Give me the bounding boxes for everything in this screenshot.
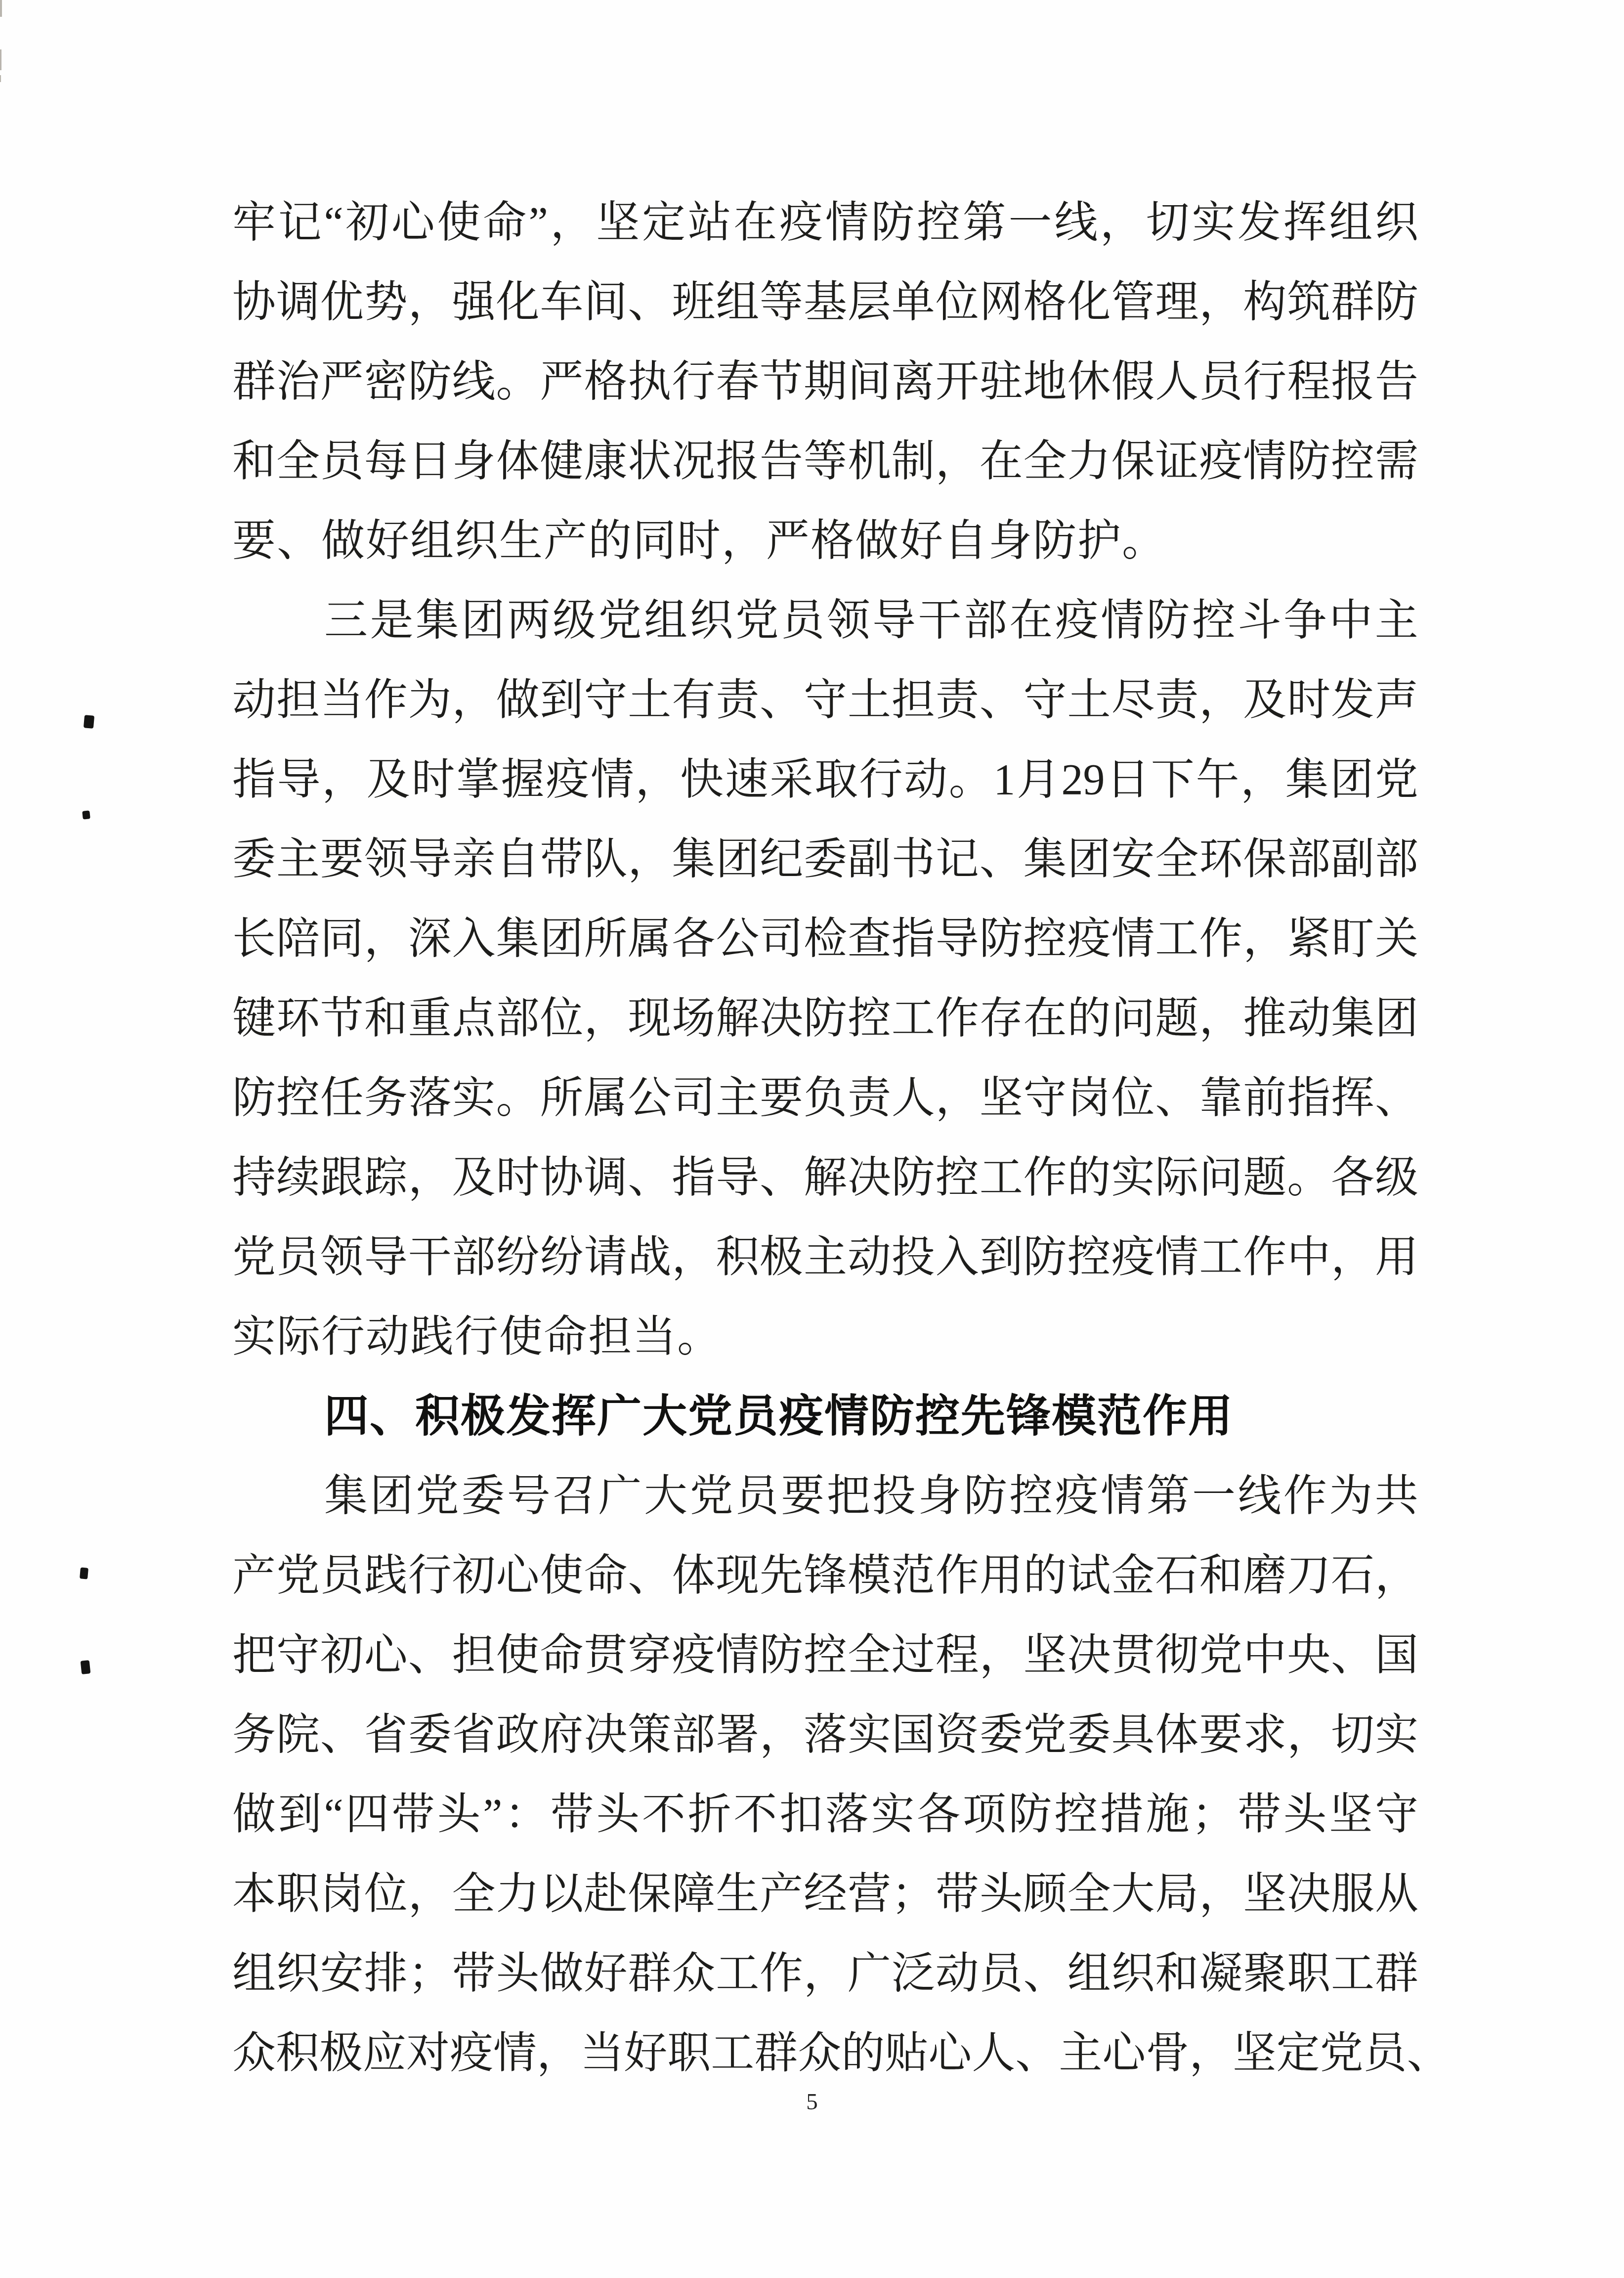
- text-line: 做到“四带头”：带头不折不扣落实各项防控措施；带头坚守: [232, 1775, 1418, 1854]
- text-line: 键环节和重点部位，现场解决防控工作存在的问题，推动集团: [232, 979, 1418, 1058]
- text-line: 众积极应对疫情，当好职工群众的贴心人、主心骨，坚定党员、: [232, 2014, 1418, 2093]
- text-line: 实际行动践行使命担当。: [232, 1297, 1418, 1377]
- ink-speck: [81, 1660, 91, 1674]
- ink-speck: [84, 715, 94, 729]
- text-line: 党员领导干部纷纷请战，积极主动投入到防控疫情工作中，用: [232, 1218, 1418, 1297]
- section-heading: 四、积极发挥广大党员疫情防控先锋模范作用: [232, 1377, 1418, 1456]
- text-line: 三是集团两级党组织党员领导干部在疫情防控斗争中主: [232, 581, 1418, 660]
- text-line: 指导，及时掌握疫情，快速采取行动。1月29日下午，集团党: [232, 740, 1418, 820]
- scan-edge-artifact: [0, 49, 1, 70]
- text-line: 协调优势，强化车间、班组等基层单位网格化管理，构筑群防: [232, 263, 1418, 342]
- text-line: 把守初心、担使命贯穿疫情防控全过程，坚决贯彻党中央、国: [232, 1616, 1418, 1695]
- text-line: 动担当作为，做到守土有责、守土担责、守土尽责，及时发声: [232, 660, 1418, 740]
- text-line: 产党员践行初心使命、体现先锋模范作用的试金石和磨刀石，: [232, 1536, 1418, 1616]
- ink-speck: [82, 810, 90, 819]
- text-line: 本职岗位，全力以赴保障生产经营；带头顾全大局，坚决服从: [232, 1854, 1418, 1934]
- text-line: 委主要领导亲自带队，集团纪委副书记、集团安全环保部副部: [232, 820, 1418, 899]
- text-line: 集团党委号召广大党员要把投身防控疫情第一线作为共: [232, 1456, 1418, 1536]
- text-line: 长陪同，深入集团所属各公司检查指导防控疫情工作，紧盯关: [232, 899, 1418, 979]
- text-line: 务院、省委省政府决策部署，落实国资委党委具体要求，切实: [232, 1695, 1418, 1775]
- text-line: 持续跟踪，及时协调、指导、解决防控工作的实际问题。各级: [232, 1138, 1418, 1218]
- ink-speck: [80, 1567, 88, 1579]
- text-line: 和全员每日身体健康状况报告等机制，在全力保证疫情防控需: [232, 422, 1418, 501]
- text-line: 牢记“初心使命”，坚定站在疫情防控第一线，切实发挥组织: [232, 183, 1418, 263]
- scan-edge-artifact: [0, 75, 1, 82]
- page-number: 5: [0, 2087, 1624, 2117]
- text-line: 要、做好组织生产的同时，严格做好自身防护。: [232, 501, 1418, 581]
- document-text-body: 牢记“初心使命”，坚定站在疫情防控第一线，切实发挥组织协调优势，强化车间、班组等…: [232, 183, 1418, 2093]
- text-line: 防控任务落实。所属公司主要负责人，坚守岗位、靠前指挥、: [232, 1058, 1418, 1138]
- text-line: 组织安排；带头做好群众工作，广泛动员、组织和凝聚职工群: [232, 1934, 1418, 2014]
- text-line: 群治严密防线。严格执行春节期间离开驻地休假人员行程报告: [232, 342, 1418, 422]
- scanned-document-page: 牢记“初心使命”，坚定站在疫情防控第一线，切实发挥组织协调优势，强化车间、班组等…: [0, 0, 1624, 2278]
- scan-edge-artifact: [0, 0, 2, 17]
